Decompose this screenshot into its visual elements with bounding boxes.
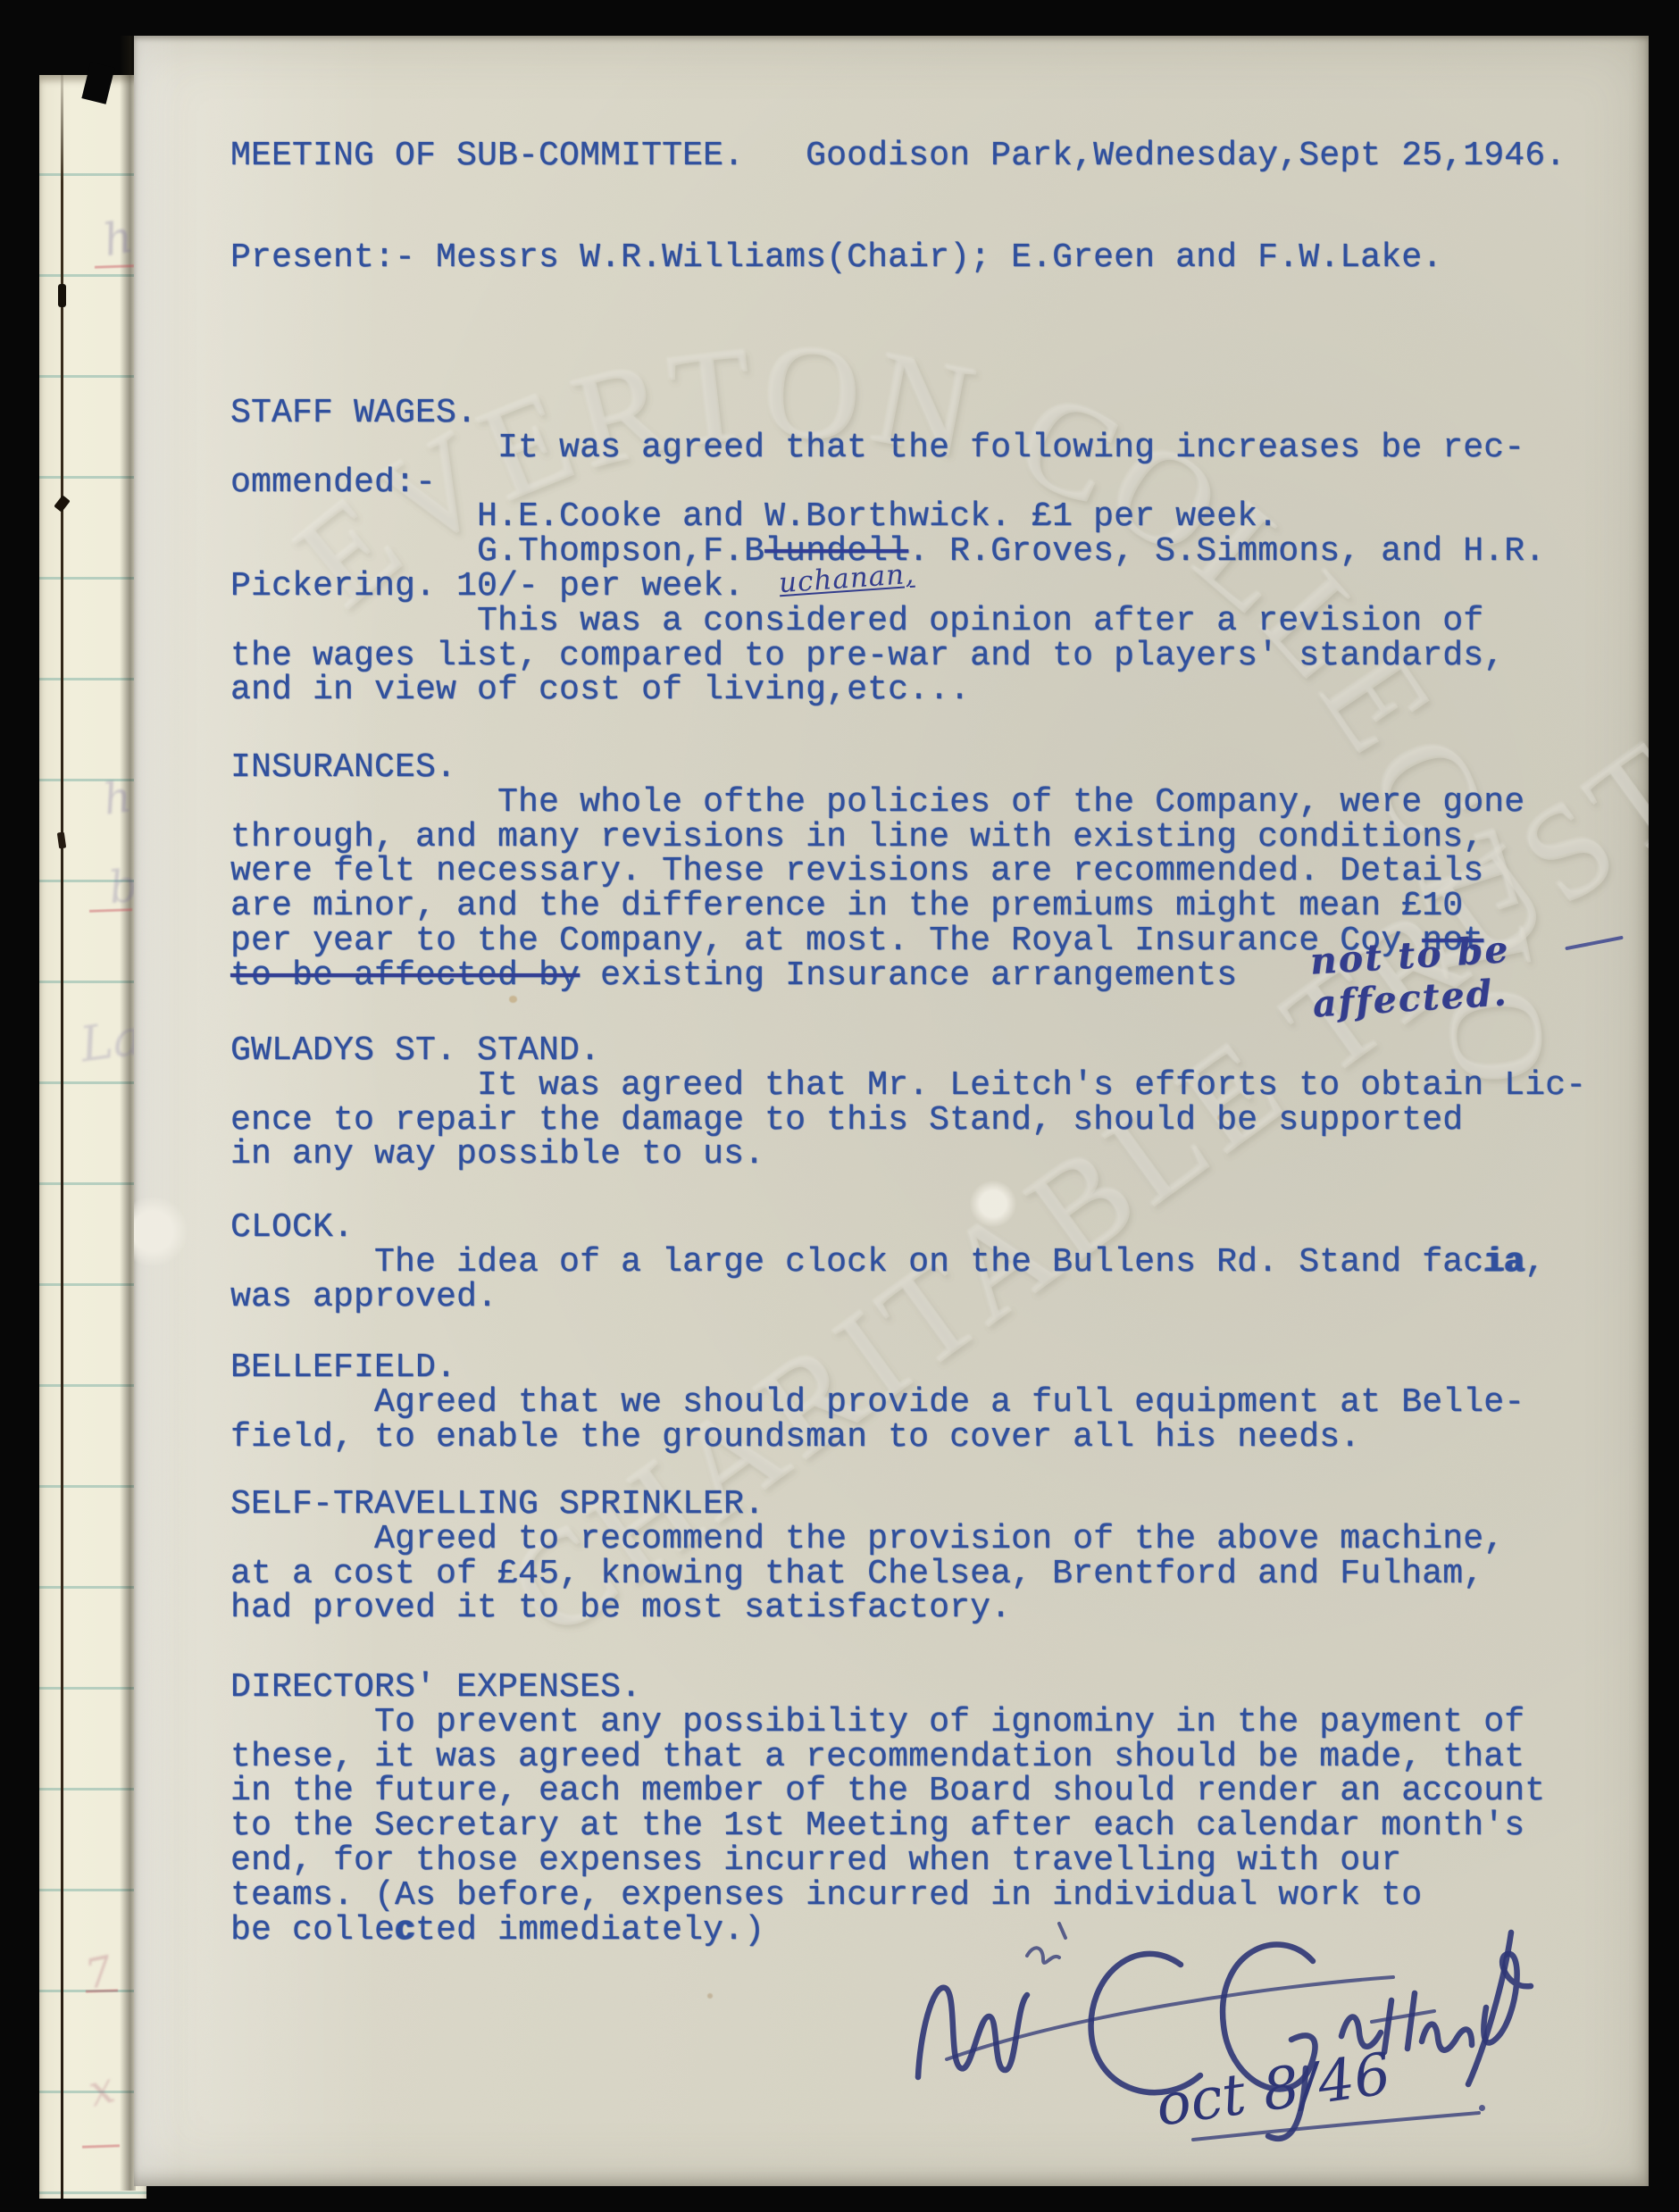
typed-line: through, and many revisions in line with… (230, 821, 1524, 856)
section-heading: GWLADYS ST. STAND. (230, 1034, 1586, 1069)
typed-line: Agreed that we should provide a full equ… (230, 1386, 1524, 1421)
typed-text: had proved it to be most satisfactory. (230, 1589, 1011, 1627)
typed-line: were felt necessary. These revisions are… (230, 855, 1524, 889)
section-heading: CLOCK. (230, 1211, 1545, 1246)
typed-line: The whole ofthe policies of the Company,… (230, 786, 1524, 821)
section-heading: STAFF WAGES. (230, 396, 1545, 431)
typed-text: It was agreed that the following increas… (230, 429, 1524, 467)
typed-text: at a cost of £45, knowing that Chelsea, … (230, 1555, 1483, 1593)
typed-text: the wages list, compared to pre-war and … (230, 637, 1504, 675)
typed-text: was approved. (230, 1278, 497, 1316)
typed-text: G.Thompson,F.B (230, 532, 764, 571)
typed-text: ence to repair the damage to this Stand,… (230, 1101, 1463, 1139)
typed-text: in any way possible to us. (230, 1135, 764, 1173)
typed-text: were felt necessary. These revisions are… (230, 852, 1483, 890)
typed-text: in the future, each member of the Board … (230, 1772, 1545, 1810)
typed-line: had proved it to be most satisfactory. (230, 1591, 1504, 1626)
typed-line: field, to enable the groundsman to cover… (230, 1421, 1524, 1456)
typed-text: field, to enable the groundsman to cover… (230, 1418, 1360, 1457)
typed-line: It was agreed that the following increas… (230, 431, 1545, 466)
title-place-date: Goodison Park,Wednesday,Sept 25,1946. (744, 137, 1566, 175)
typed-text: be colle (230, 1911, 395, 1949)
typed-text: ted immediately.) (415, 1911, 764, 1949)
typed-text: per year to the Company, at most. The Ro… (230, 922, 1422, 960)
typed-line: To prevent any possibility of ignominy i… (230, 1706, 1545, 1740)
typed-line: in any way possible to us. (230, 1138, 1586, 1173)
section-heading: SELF-TRAVELLING SPRINKLER. (230, 1488, 1504, 1523)
typed-text: through, and many revisions in line with… (230, 818, 1483, 856)
typed-text: , (1524, 1243, 1545, 1281)
overtyped-text: ia (1483, 1243, 1524, 1281)
signature: oct 8/46 (893, 1900, 1536, 2177)
section-heading: BELLEFIELD. (230, 1351, 1524, 1386)
typed-line: The idea of a large clock on the Bullens… (230, 1246, 1545, 1281)
typed-text: Agreed that we should provide a full equ… (230, 1383, 1524, 1422)
typed-text: H.E.Cooke and W.Borthwick. £1 per week. (230, 497, 1278, 536)
document-title: MEETING OF SUB-COMMITTEE. Goodison Park,… (230, 139, 1566, 174)
typed-text: Pickering. 10/- per week. (230, 567, 744, 605)
typed-text: to the Secretary at the 1st Meeting afte… (230, 1807, 1524, 1845)
section-gwladys-st-stand: GWLADYS ST. STAND. It was agreed that Mr… (230, 1034, 1586, 1173)
typed-text: . R.Groves, S.Simmons, and H.R. (908, 532, 1545, 571)
typed-line: to the Secretary at the 1st Meeting afte… (230, 1809, 1545, 1844)
title-main: MEETING OF SUB-COMMITTEE. (230, 137, 744, 175)
typed-line: It was agreed that Mr. Leitch's efforts … (230, 1069, 1586, 1104)
typed-text: existing Insurance arrangements (580, 956, 1237, 995)
section-heading: DIRECTORS' EXPENSES. (230, 1671, 1545, 1706)
section-staff-wages: STAFF WAGES. It was agreed that the foll… (230, 396, 1545, 708)
section-clock: CLOCK. The idea of a large clock on the … (230, 1211, 1545, 1315)
typed-text: To prevent any possibility of ignominy i… (230, 1703, 1524, 1741)
typed-text: are minor, and the difference in the pre… (230, 887, 1463, 925)
typed-text: The idea of a large clock on the Bullens… (230, 1243, 1483, 1281)
typed-text: and in view of cost of living,etc... (230, 671, 970, 709)
section-bellefield: BELLEFIELD. Agreed that we should provid… (230, 1351, 1524, 1455)
typed-text: Agreed to recommend the provision of the… (230, 1520, 1504, 1558)
typed-line: the wages list, compared to pre-war and … (230, 639, 1545, 674)
typed-line: ommended:- (230, 466, 1545, 501)
typed-line: these, it was agreed that a recommendati… (230, 1740, 1545, 1775)
struck-text: to be affected by (230, 956, 580, 995)
section-self-travelling-sprinkler: SELF-TRAVELLING SPRINKLER. Agreed to rec… (230, 1488, 1504, 1626)
overtyped-text: c (395, 1911, 415, 1949)
typed-text: ommended:- (230, 463, 436, 502)
typed-text: This was a considered opinion after a re… (230, 602, 1483, 640)
typed-text: end, for those expenses incurred when tr… (230, 1841, 1401, 1880)
typed-line: was approved. (230, 1281, 1545, 1315)
typed-line: at a cost of £45, knowing that Chelsea, … (230, 1557, 1504, 1592)
present-line: Present:- Messrs W.R.Williams(Chair); E.… (230, 241, 1442, 276)
typed-text: It was agreed that Mr. Leitch's efforts … (230, 1066, 1586, 1105)
typed-line: end, for those expenses incurred when tr… (230, 1844, 1545, 1879)
typewritten-content: MEETING OF SUB-COMMITTEE. Goodison Park,… (0, 0, 1679, 2212)
typed-line: ence to repair the damage to this Stand,… (230, 1104, 1586, 1139)
typed-text: these, it was agreed that a recommendati… (230, 1738, 1524, 1776)
typed-line: and in view of cost of living,etc... (230, 673, 1545, 708)
typed-line: This was a considered opinion after a re… (230, 605, 1545, 639)
section-heading: INSURANCES. (230, 751, 1524, 786)
typed-line: Agreed to recommend the provision of the… (230, 1523, 1504, 1557)
typed-text: The whole ofthe policies of the Company,… (230, 783, 1524, 822)
typed-line: H.E.Cooke and W.Borthwick. £1 per week. (230, 500, 1545, 535)
scanned-minutes-page: hhbLa7x EVERTON COLLECTION CHARITABLE TR… (0, 0, 1679, 2212)
typed-line: in the future, each member of the Board … (230, 1774, 1545, 1809)
typed-line: are minor, and the difference in the pre… (230, 889, 1524, 924)
